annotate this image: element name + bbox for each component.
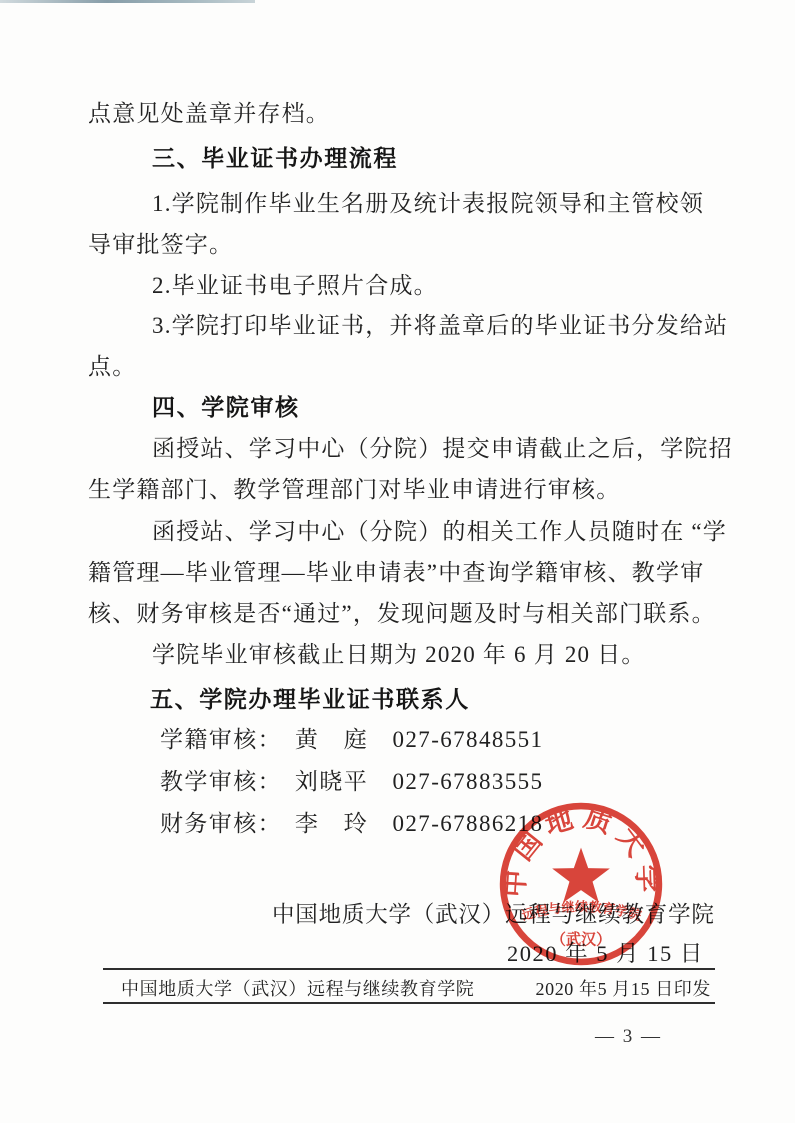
section-heading: 五、学院办理毕业证书联系人 — [150, 686, 470, 713]
seal-middle-text-holder: 远程与继续教育学院 — [520, 898, 644, 923]
star-icon — [552, 848, 610, 903]
seal-middle-text: 远程与继续教育学院 — [520, 898, 644, 923]
section-heading: 四、学院审核 — [152, 394, 300, 421]
body-line: 籍管理—毕业管理—毕业申请表”中查询学籍审核、教学审 — [88, 559, 704, 586]
footer-rule-bottom — [103, 1002, 715, 1004]
body-line: 1.学院制作毕业生名册及统计表报院领导和主管校领 — [152, 190, 704, 217]
body-line: 点。 — [88, 353, 136, 380]
body-line: 学院毕业审核截止日期为 2020 年 6 月 20 日。 — [152, 641, 646, 668]
body-line: 函授站、学习中心（分院）的相关工作人员随时在 “学 — [152, 518, 727, 545]
footer-issuer: 中国地质大学（武汉）远程与继续教育学院 — [121, 975, 474, 1001]
contact-line: 学籍审核： 黄 庭 027-67848551 — [160, 726, 543, 753]
official-seal: 中国地质大学 远程与继续教育学院 （武汉） — [496, 799, 666, 969]
body-line: 3.学院打印毕业证书，并将盖章后的毕业证书分发给站 — [152, 312, 728, 339]
seal-city-text: （武汉） — [551, 931, 612, 949]
body-line: 导审批签字。 — [88, 231, 233, 258]
body-line: 点意见处盖章并存档。 — [88, 100, 330, 127]
footer-rule-top — [103, 968, 715, 970]
page-number: — 3 — — [595, 1026, 662, 1048]
body-line: 核、财务审核是否“通过”，发现问题及时与相关部门联系。 — [88, 600, 716, 627]
document-page: 点意见处盖章并存档。 三、毕业证书办理流程 1.学院制作毕业生名册及统计表报院领… — [0, 0, 795, 1123]
body-line: 函授站、学习中心（分院）提交申请截止之后，学院招 — [152, 435, 733, 462]
contact-line: 教学审核： 刘晓平 027-67883555 — [160, 768, 543, 795]
section-heading: 三、毕业证书办理流程 — [152, 145, 398, 172]
body-line: 生学籍部门、教学管理部门对毕业申请进行审核。 — [88, 476, 620, 503]
body-line: 2.毕业证书电子照片合成。 — [152, 272, 438, 299]
contact-line: 财务审核： 李 玲 027-67886218 — [160, 810, 543, 837]
scan-artifact — [0, 0, 255, 3]
footer-print-date: 2020 年5 月15 日印发 — [536, 975, 712, 1001]
